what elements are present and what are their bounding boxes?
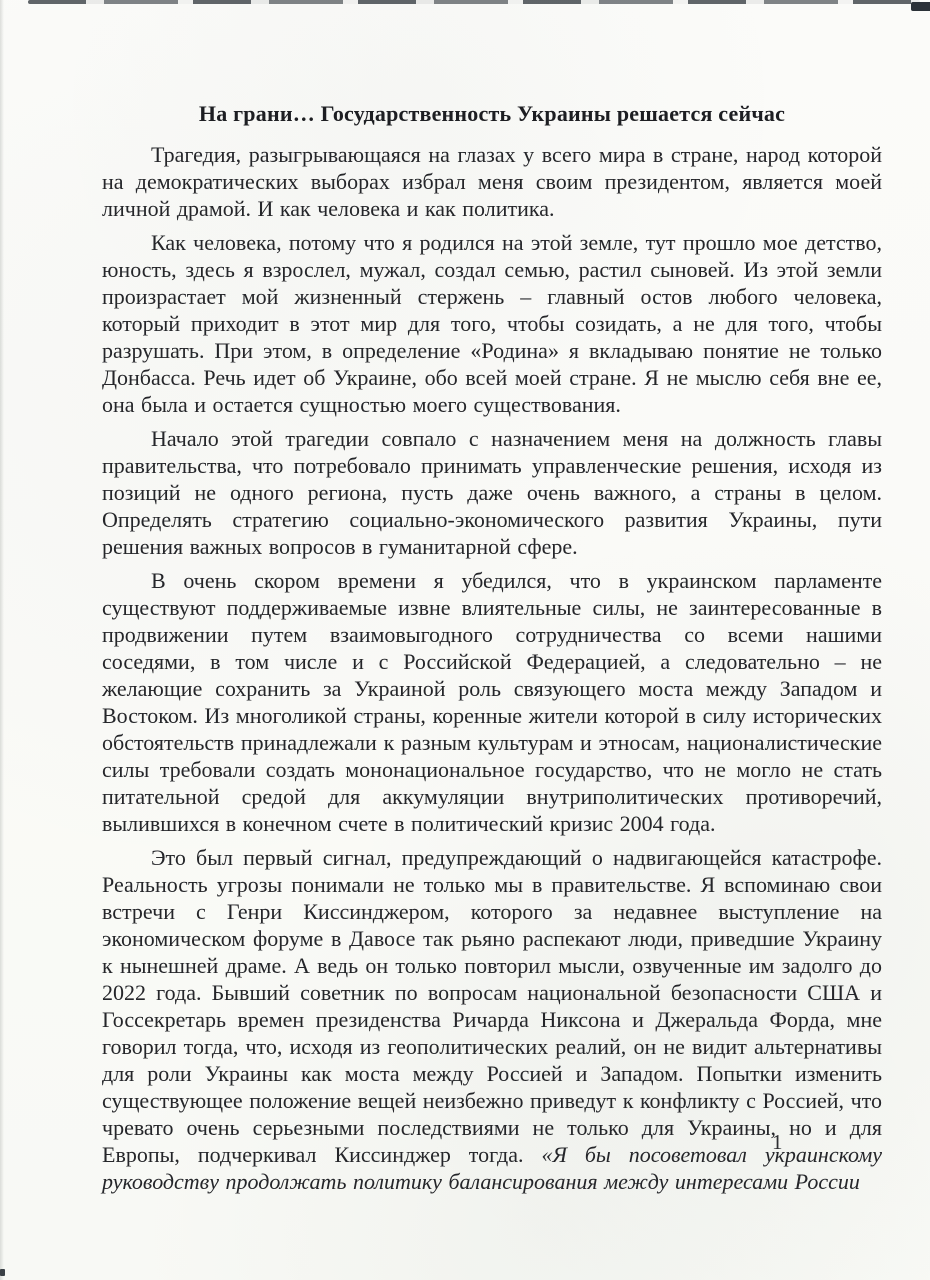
paragraph-3: Начало этой трагедии совпало с назначени… bbox=[102, 425, 882, 560]
page-number: 1 bbox=[772, 1129, 783, 1156]
scan-artifact-top-right-corner bbox=[911, 2, 930, 11]
document-title: На грани… Государственность Украины реша… bbox=[102, 100, 882, 127]
paragraph-4: В очень скором времени я убедился, что в… bbox=[102, 567, 882, 837]
paragraph-5: Это был первый сигнал, предупреждающий о… bbox=[102, 844, 882, 1195]
scanned-document-page: На грани… Государственность Украины реша… bbox=[0, 0, 930, 1280]
paragraph-2: Как человека, потому что я родился на эт… bbox=[102, 229, 882, 418]
document-content: На грани… Государственность Украины реша… bbox=[102, 100, 882, 1202]
scan-artifact-bottom-left-speck bbox=[0, 1269, 5, 1276]
paragraph-1: Трагедия, разыгрывающаяся на глазах у вс… bbox=[102, 141, 882, 222]
paragraph-5-text: Это был первый сигнал, предупреждающий о… bbox=[102, 845, 882, 1167]
scan-artifact-left-edge bbox=[0, 0, 4, 1280]
scan-artifact-top-edge bbox=[28, 0, 920, 4]
